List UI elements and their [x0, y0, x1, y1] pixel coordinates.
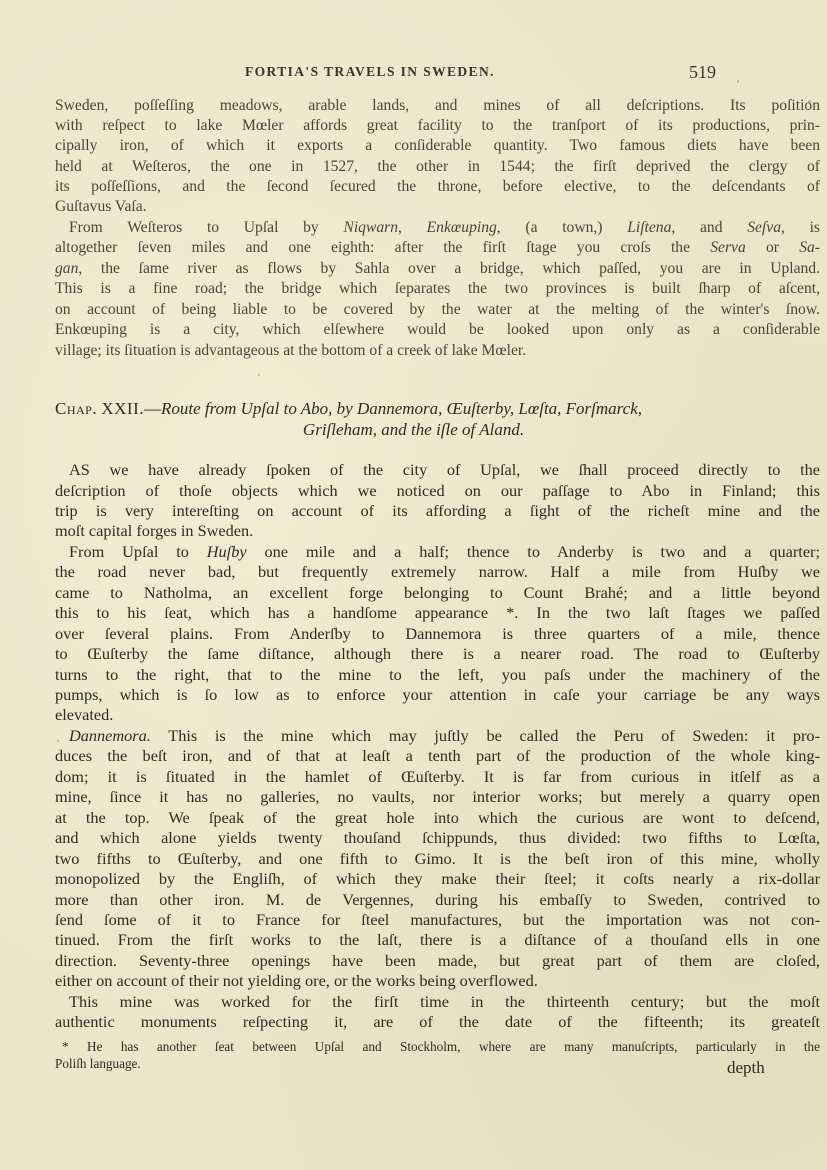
text-line: more than other iron. M. de Vergennes, d…	[55, 890, 820, 910]
text: , is	[781, 219, 820, 236]
text-line: This mine was worked for the firſt time …	[55, 992, 820, 1012]
text: one mile and a half; thence to Anderby i…	[247, 542, 820, 561]
text-line: the road never bad, but frequently extre…	[55, 562, 820, 582]
page-header: FORTIA'S TRAVELS IN SWEDEN. 519	[0, 64, 827, 90]
text-line: over ſeveral plains. From Anderſby to Da…	[55, 624, 820, 644]
text-line: either on account of their not yielding …	[55, 971, 538, 991]
text-line: this to his ſeat, which has a handſome a…	[55, 603, 820, 623]
place-name: Seſva	[747, 219, 781, 236]
text-line: pumps, which is ſo low as to enforce you…	[55, 685, 820, 705]
place-name: Liſtena	[627, 219, 671, 236]
text-line: village; its ſituation is advantageous a…	[55, 341, 526, 361]
chapter-dash: —	[144, 399, 161, 418]
catchword: depth	[727, 1058, 765, 1078]
text-line: AS we have already ſpoken of the city of…	[55, 460, 820, 480]
text-line: held at Weſteros, the one in 1527, the o…	[55, 157, 820, 177]
text: From Upſal to	[69, 542, 207, 561]
text-line: gan, the ſame river as flows by Sahla ov…	[55, 259, 820, 279]
place-name: Enkœuping	[427, 219, 497, 236]
text-line: monopolized by the Engliſh, of which the…	[55, 869, 820, 889]
text-line: moſt capital forges in Sweden.	[55, 521, 253, 541]
place-name: Huſby	[207, 542, 247, 561]
text: From Weſteros to Upſal by	[69, 219, 343, 236]
text-line: authentic monuments reſpecting it, are o…	[55, 1012, 820, 1032]
text-line: Enkœuping is a city, which elſewhere wou…	[55, 320, 820, 340]
river-name: gan	[55, 260, 78, 277]
paper-speck	[808, 100, 811, 103]
chapter-title-continued: Griſleham, and the iſle of Aland.	[0, 420, 827, 440]
chapter-number: XXII.	[101, 399, 144, 418]
text: , the ſame river as flows by Sahla over …	[78, 260, 820, 277]
text-line: From Weſteros to Upſal by Niqwarn, Enkœu…	[55, 218, 820, 238]
text-line: Sweden, poſſeſſing meadows, arable lands…	[55, 96, 820, 116]
text: altogether ſeven miles and one eighth: a…	[55, 239, 710, 256]
text-line: on account of being liable to be covered…	[55, 300, 820, 320]
text-line: cipally iron, of which it exports a conſ…	[55, 136, 820, 156]
text-line: and which alone yields twenty thouſand ſ…	[55, 828, 820, 848]
text-line: deſcription of thoſe objects which we no…	[55, 481, 820, 501]
text-line: to Œuſterby the ſame diſtance, although …	[55, 644, 820, 664]
text-line: tinued. From the firſt works to the laſt…	[55, 930, 820, 950]
paper-speck	[258, 374, 260, 376]
text: , (a town,)	[497, 219, 627, 236]
text-line: came to Natholma, an excellent forge bel…	[55, 583, 820, 603]
text-line: Dannemora. This is the mine which may ju…	[55, 726, 820, 746]
page-number: 519	[689, 62, 716, 83]
chapter-title: Route from Upſal to Abo, by Dannemora, Œ…	[161, 399, 642, 418]
text-line: elevated.	[55, 705, 113, 725]
paper-speck	[57, 740, 59, 742]
chapter-label: Chap.	[55, 399, 97, 418]
text-line: turns to the right, that to the mine to …	[55, 665, 820, 685]
text: ,	[398, 219, 427, 236]
text-line: altogether ſeven miles and one eighth: a…	[55, 238, 820, 258]
book-page: FORTIA'S TRAVELS IN SWEDEN. 519 Sweden, …	[0, 0, 827, 1170]
text-line: From Upſal to Huſby one mile and a half;…	[55, 542, 820, 562]
text-line: trip is very intereſting on account of i…	[55, 501, 820, 521]
text-line: direction. Seventy-three openings have b…	[55, 951, 820, 971]
footnote-line: * He has another ſeat between Upſal and …	[62, 1038, 820, 1055]
text: or	[746, 239, 799, 256]
text-line: Guſtavus Vaſa.	[55, 197, 147, 217]
text-line: two fifths to Œuſterby, and one fifth to…	[55, 849, 820, 869]
paper-speck	[737, 80, 739, 83]
text-line: This is a fine road; the bridge which ſe…	[55, 279, 820, 299]
text-line: mine, ſince it has no galleries, no vaul…	[55, 787, 820, 807]
footnote-line: Poliſh language.	[55, 1055, 141, 1072]
text-line: at the top. We ſpeak of the great hole i…	[55, 808, 820, 828]
place-name: Niqwarn	[343, 219, 398, 236]
river-name: Serva	[710, 239, 746, 256]
text-line: its poſſeſſions, and the ſecond ſecured …	[55, 177, 820, 197]
text-line: ſend ſome of it to France for ſteel manu…	[55, 910, 820, 930]
text: This is the mine which may juſtly be cal…	[151, 726, 820, 745]
chapter-heading: Chap. XXII.—Route from Upſal to Abo, by …	[55, 399, 820, 419]
text: , and	[671, 219, 747, 236]
section-lead: Dannemora.	[69, 726, 151, 745]
river-name: Sa-	[799, 239, 820, 256]
text-line: dom; it is ſituated in the hamlet of Œuſ…	[55, 767, 820, 787]
text-line: duces the beſt iron, and of that at leaſ…	[55, 746, 820, 766]
running-head: FORTIA'S TRAVELS IN SWEDEN.	[245, 64, 495, 80]
text-line: with reſpect to lake Mœler affords great…	[55, 116, 820, 136]
